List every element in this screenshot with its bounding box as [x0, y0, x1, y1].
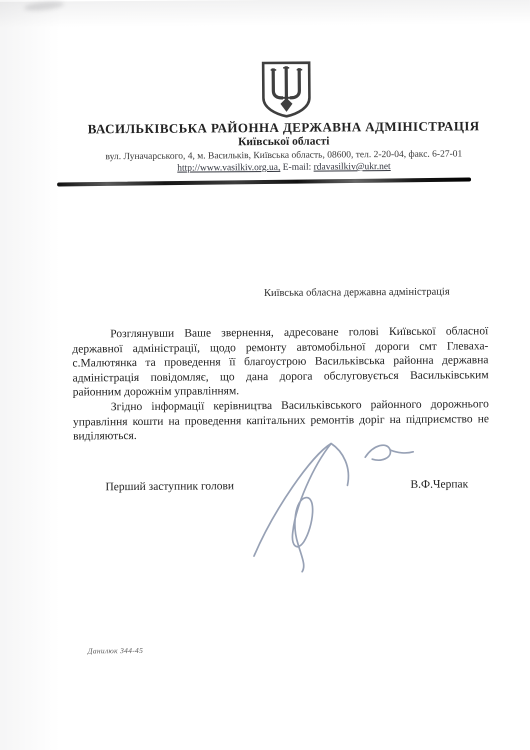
website-link: http://www.vasilkiv.org.ua, — [177, 163, 280, 174]
header-divider-rule — [57, 177, 471, 186]
signer-position: Перший заступник голови — [105, 480, 234, 493]
letter-sheet: ВАСИЛЬКІВСЬКА РАЙОННА ДЕРЖАВНА АДМІНІСТР… — [0, 0, 530, 750]
body-paragraph-1: Розглянувши Ваше звернення, адресоване г… — [72, 324, 489, 400]
signer-name: В.Ф.Черпак — [410, 478, 468, 490]
scanned-letter-page: ВАСИЛЬКІВСЬКА РАЙОННА ДЕРЖАВНА АДМІНІСТР… — [0, 0, 530, 750]
organization-contacts: http://www.vasilkiv.org.ua, Е-mail: rdav… — [34, 161, 530, 175]
organization-region: Київської області — [34, 134, 530, 150]
recipient-line: Київська обласна державна адміністрація — [264, 286, 504, 299]
signature-block: Перший заступник голови В.Ф.Черпак — [1, 478, 530, 502]
email-label: Е-mail: — [283, 163, 312, 173]
handwritten-signature — [239, 437, 420, 573]
executor-note: Данилюк 344-45 — [88, 646, 143, 655]
email-link: rdavasilkiv@ukr.net — [314, 162, 391, 173]
ukraine-tryzub-emblem-icon — [258, 60, 314, 118]
letter-body: Розглянувши Ваше звернення, адресоване г… — [72, 324, 489, 444]
